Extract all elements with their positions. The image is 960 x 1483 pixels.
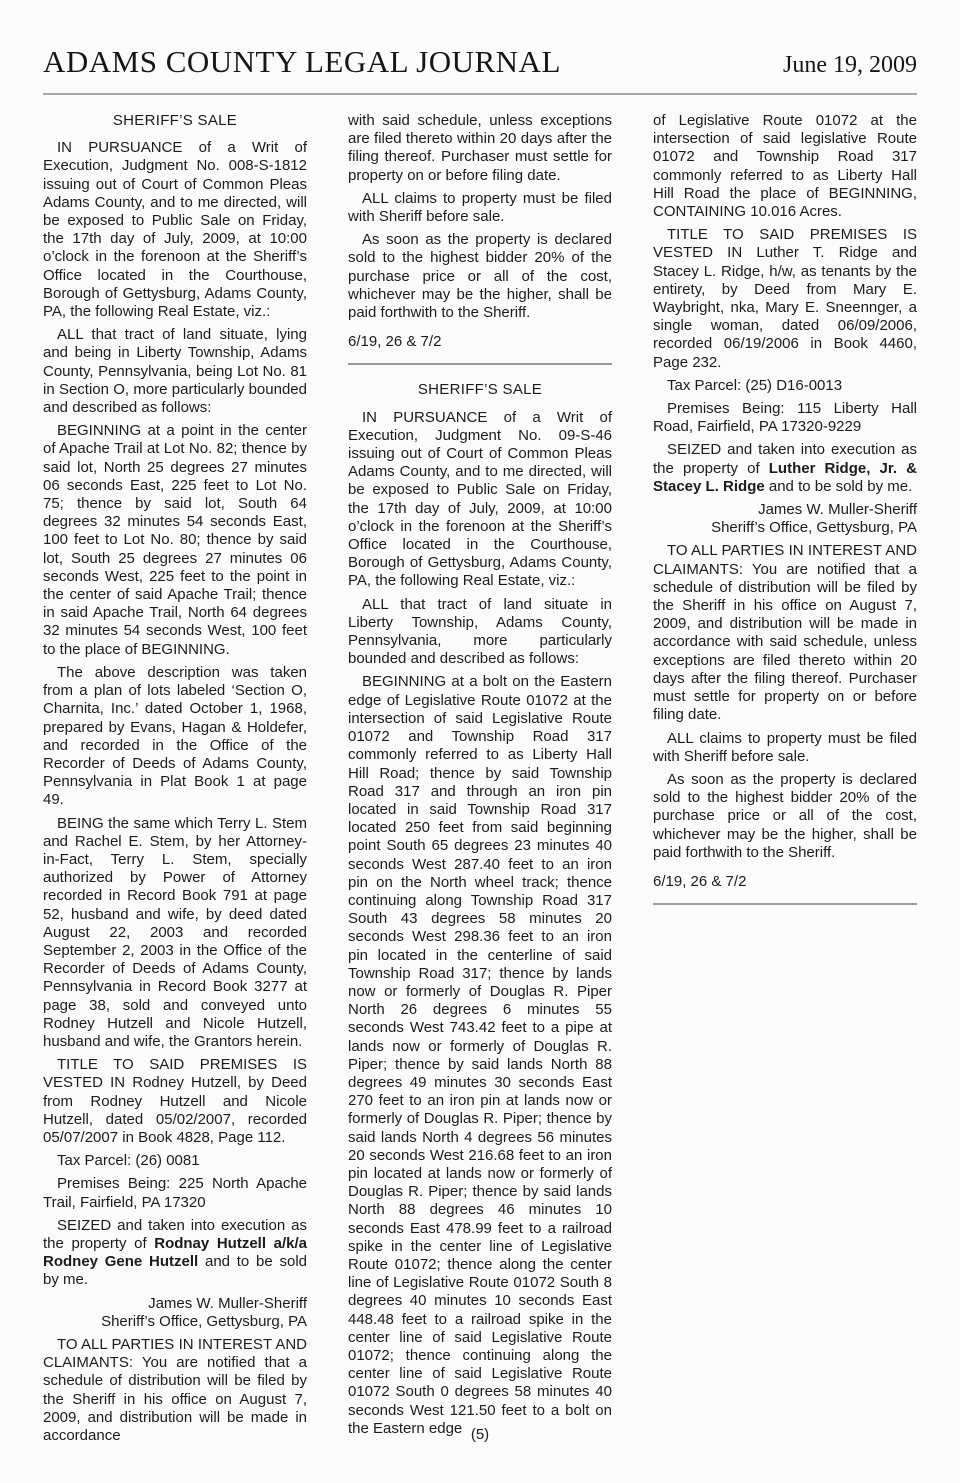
notice-paragraph: BEING the same which Terry L. Stem and R… [43, 815, 307, 1052]
paragraph-text: BEGINNING at a bolt on the Eastern edge … [348, 673, 612, 1436]
signature-line: Sheriff’s Office, Gettysburg, PA [43, 1313, 307, 1331]
notice-paragraph: IN PURSUANCE of a Writ of Execution, Jud… [348, 409, 612, 591]
notice-paragraph: ALL claims to property must be filed wit… [348, 190, 612, 226]
notice-paragraph: BEGINNING at a bolt on the Eastern edge … [348, 673, 612, 1438]
paragraph-text: TITLE TO SAID PREMISES IS VESTED IN Rodn… [43, 1056, 307, 1146]
header-rule [43, 93, 917, 95]
notice-paragraph: Premises Being: 115 Liberty Hall Road, F… [653, 400, 917, 436]
paragraph-text: ALL claims to property must be filed wit… [348, 190, 612, 225]
column-1: SHERIFF’S SALEIN PURSUANCE of a Writ of … [43, 112, 307, 1450]
notice-paragraph: ALL that tract of land situate in Libert… [348, 596, 612, 669]
notice-paragraph: Premises Being: 225 North Apache Trail, … [43, 1175, 307, 1211]
notice-paragraph: As soon as the property is declared sold… [653, 771, 917, 862]
notice-paragraph: TITLE TO SAID PREMISES IS VESTED IN Luth… [653, 226, 917, 372]
columns: SHERIFF’S SALEIN PURSUANCE of a Writ of … [43, 112, 917, 1450]
paragraph-text: Tax Parcel: (25) D16-0013 [667, 377, 842, 394]
signature-block: James W. Muller-SheriffSheriff’s Office,… [653, 501, 917, 537]
paragraph-text: of Legislative Route 01072 at the inters… [653, 112, 917, 220]
page-header: ADAMS COUNTY LEGAL JOURNAL June 19, 2009 [43, 0, 917, 80]
signature-block: James W. Muller-SheriffSheriff’s Office,… [43, 1295, 307, 1331]
notice-paragraph: SEIZED and taken into execution as the p… [43, 1217, 307, 1290]
notice-paragraph: IN PURSUANCE of a Writ of Execution, Jud… [43, 139, 307, 321]
notice-paragraph: of Legislative Route 01072 at the inters… [653, 112, 917, 221]
paragraph-text: IN PURSUANCE of a Writ of Execution, Jud… [348, 409, 612, 590]
masthead-title: ADAMS COUNTY LEGAL JOURNAL [43, 44, 561, 80]
publication-dates: 6/19, 26 & 7/2 [348, 333, 612, 351]
paragraph-text: BEGINNING at a point in the center of Ap… [43, 422, 307, 657]
issue-date: June 19, 2009 [783, 52, 917, 79]
page-number: (5) [0, 1426, 960, 1443]
paragraph-text: Premises Being: 115 Liberty Hall Road, F… [653, 400, 917, 435]
paragraph-text: ALL that tract of land situate, lying an… [43, 326, 307, 416]
paragraph-text: with said schedule, unless exceptions ar… [348, 112, 612, 184]
paragraph-text: As soon as the property is declared sold… [348, 231, 612, 321]
notice-paragraph: Tax Parcel: (26) 0081 [43, 1152, 307, 1170]
column-2: with said schedule, unless exceptions ar… [348, 112, 612, 1450]
paragraph-text: ALL that tract of land situate in Libert… [348, 596, 612, 668]
paragraph-text: IN PURSUANCE of a Writ of Execution, Jud… [43, 139, 307, 320]
notice-paragraph: BEGINNING at a point in the center of Ap… [43, 422, 307, 659]
notice-paragraph: Tax Parcel: (25) D16-0013 [653, 377, 917, 395]
paragraph-text: ALL claims to property must be filed wit… [653, 730, 917, 765]
column-3: of Legislative Route 01072 at the inters… [653, 112, 917, 1450]
paragraph-text: BEING the same which Terry L. Stem and R… [43, 815, 307, 1050]
notice-heading: SHERIFF’S SALE [43, 112, 307, 130]
notice-paragraph: ALL claims to property must be filed wit… [653, 730, 917, 766]
paragraph-text: As soon as the property is declared sold… [653, 771, 917, 861]
signature-line: James W. Muller-Sheriff [653, 501, 917, 519]
signature-line: Sheriff’s Office, Gettysburg, PA [653, 519, 917, 537]
paragraph-text: The above description was taken from a p… [43, 664, 307, 808]
notice-paragraph: TITLE TO SAID PREMISES IS VESTED IN Rodn… [43, 1056, 307, 1147]
notice-paragraph: SEIZED and taken into execution as the p… [653, 441, 917, 496]
notice-divider [348, 363, 612, 365]
notice-paragraph: The above description was taken from a p… [43, 664, 307, 810]
paragraph-text: Tax Parcel: (26) 0081 [57, 1152, 200, 1169]
paragraph-text: TO ALL PARTIES IN INTEREST AND CLAIMANTS… [653, 542, 917, 723]
notice-divider [653, 903, 917, 905]
notice-paragraph: TO ALL PARTIES IN INTEREST AND CLAIMANTS… [653, 542, 917, 724]
paragraph-text: and to be sold by me. [765, 478, 913, 495]
signature-line: James W. Muller-Sheriff [43, 1295, 307, 1313]
journal-page: ADAMS COUNTY LEGAL JOURNAL June 19, 2009… [0, 0, 960, 1483]
notice-paragraph: As soon as the property is declared sold… [348, 231, 612, 322]
paragraph-text: TITLE TO SAID PREMISES IS VESTED IN Luth… [653, 226, 917, 370]
paragraph-text: Premises Being: 225 North Apache Trail, … [43, 1175, 307, 1210]
publication-dates: 6/19, 26 & 7/2 [653, 873, 917, 891]
notice-paragraph: with said schedule, unless exceptions ar… [348, 112, 612, 185]
notice-paragraph: ALL that tract of land situate, lying an… [43, 326, 307, 417]
notice-heading: SHERIFF’S SALE [348, 381, 612, 399]
